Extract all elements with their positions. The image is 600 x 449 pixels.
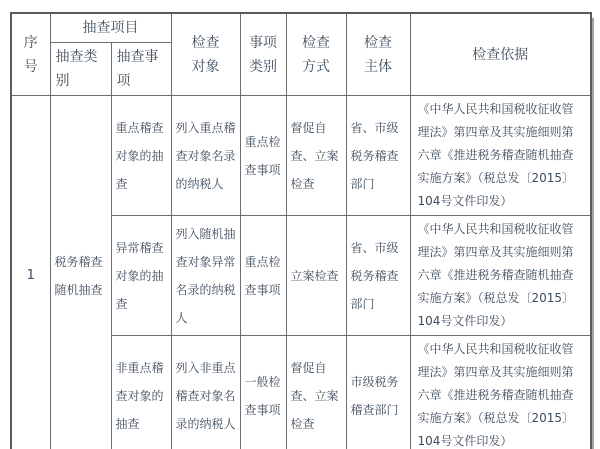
header-inspection-method: 检查 方式 [286, 13, 346, 96]
header-inspection-basis: 检查依据 [410, 13, 591, 96]
cell-inspection-method: 督促自查、立案检查 [286, 336, 346, 449]
cell-inspection-object: 列入随机抽查对象异常名录的纳税人 [171, 216, 240, 336]
cell-inspection-subject: 市级税务稽查部门 [346, 336, 410, 449]
cell-sampling-matter: 重点稽查对象的抽查 [111, 96, 171, 216]
cell-matter-category: 重点检查事项 [240, 96, 286, 216]
cell-inspection-basis: 《中华人民共和国税收征收管理法》第四章及其实施细则第六章《推进税务稽查随机抽查实… [410, 96, 591, 216]
cell-serial-number: 1 [11, 96, 50, 449]
cell-inspection-subject: 省、市级税务稽查部门 [346, 216, 410, 336]
cell-sampling-matter: 非重点稽查对象的抽查 [111, 336, 171, 449]
cell-inspection-method: 督促自查、立案检查 [286, 96, 346, 216]
cell-inspection-object: 列入重点稽查对象名录的纳税人 [171, 96, 240, 216]
header-matter-category: 事项 类别 [240, 13, 286, 96]
header-sampling-matter: 抽查事项 [111, 43, 171, 96]
header-sampling-category: 抽查类别 [50, 43, 111, 96]
header-inspection-object: 检查 对象 [171, 13, 240, 96]
cell-matter-category: 一般检查事项 [240, 336, 286, 449]
header-sampling-group: 抽查项目 [50, 13, 171, 43]
cell-inspection-method: 立案检查 [286, 216, 346, 336]
cell-matter-category: 重点检查事项 [240, 216, 286, 336]
cell-sampling-category: 税务稽查随机抽查 [50, 96, 111, 449]
cell-inspection-basis: 《中华人民共和国税收征收管理法》第四章及其实施细则第六章《推进税务稽查随机抽查实… [410, 216, 591, 336]
cell-sampling-matter: 异常稽查对象的抽查 [111, 216, 171, 336]
header-inspection-subject: 检查 主体 [346, 13, 410, 96]
cell-inspection-subject: 省、市级税务稽查部门 [346, 96, 410, 216]
table-row: 1 税务稽查随机抽查 重点稽查对象的抽查 列入重点稽查对象名录的纳税人 重点检查… [11, 96, 591, 216]
cell-inspection-object: 列入非重点稽查对象名录的纳税人 [171, 336, 240, 449]
inspection-items-table: 序 号 抽查项目 检查 对象 事项 类别 检查 方式 检查 主体 检查依据 抽查… [10, 12, 592, 449]
header-serial: 序 号 [11, 13, 50, 96]
cell-inspection-basis: 《中华人民共和国税收征收管理法》第四章及其实施细则第六章《推进税务稽查随机抽查实… [410, 336, 591, 449]
